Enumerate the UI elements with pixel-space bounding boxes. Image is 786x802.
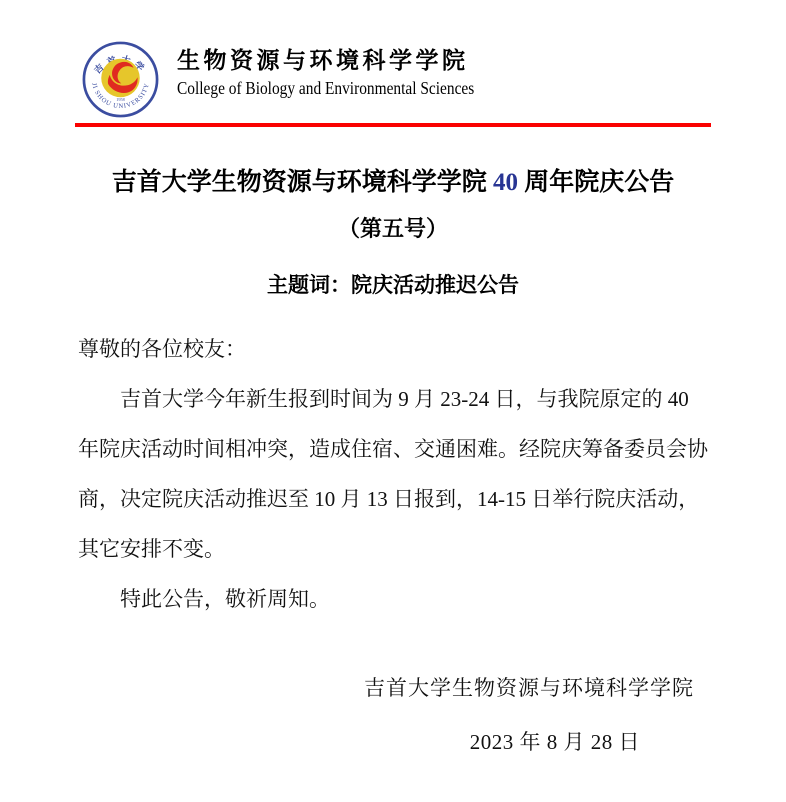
salutation-line: 尊敬的各位校友： xyxy=(78,324,704,374)
college-name-cn: 生物资源与环境科学学院 xyxy=(177,48,515,73)
signature-date: 2023 年 8 月 28 日 xyxy=(0,728,786,756)
doc-issue-number: （第五号） xyxy=(0,214,786,245)
logo-year: 1958 xyxy=(116,97,124,102)
doc-title: 吉首大学生物资源与环境科学学院 40 周年院庆公告 xyxy=(0,167,786,200)
paragraph-line: 商，决定院庆活动推迟至 10 月 13 日报到，14-15 日举行院庆活动， xyxy=(78,474,704,524)
body-paragraphs: 尊敬的各位校友： 吉首大学今年新生报到时间为 9 月 23-24 日，与我院原定… xyxy=(0,324,786,624)
letterhead-text: 生物资源与环境科学学院 College of Biology and Envir… xyxy=(177,48,515,99)
paragraph-line: 年院庆活动时间相冲突，造成住宿、交通困难。经院庆筹备委员会协 xyxy=(78,424,704,474)
paragraph-line: 其它安排不变。 xyxy=(78,524,704,574)
university-logo-icon: 吉首大学 1958 JI SHOU UNIVERSITY xyxy=(82,41,159,118)
college-name-en: College of Biology and Environmental Sci… xyxy=(177,78,474,99)
doc-title-prefix: 吉首大学生物资源与环境科学学院 xyxy=(112,169,493,196)
paragraph-line: 吉首大学今年新生报到时间为 9 月 23-24 日，与我院原定的 40 xyxy=(78,374,704,424)
document-body: 吉首大学生物资源与环境科学学院 40 周年院庆公告 （第五号） 主题词：院庆活动… xyxy=(0,127,786,756)
signature-name: 吉首大学生物资源与环境科学学院 xyxy=(0,674,786,702)
doc-title-suffix: 周年院庆公告 xyxy=(518,169,674,196)
closing-line: 特此公告，敬祈周知。 xyxy=(78,574,704,624)
title-anniversary-number: 40 xyxy=(493,169,518,196)
announcement-page: { "header": { "college_cn": "生物资源与环境科学学院… xyxy=(0,0,786,802)
letterhead: 吉首大学 1958 JI SHOU UNIVERSITY 生物资源与环境科学学院… xyxy=(0,0,786,123)
keywords-line: 主题词：院庆活动推迟公告 xyxy=(0,271,786,300)
